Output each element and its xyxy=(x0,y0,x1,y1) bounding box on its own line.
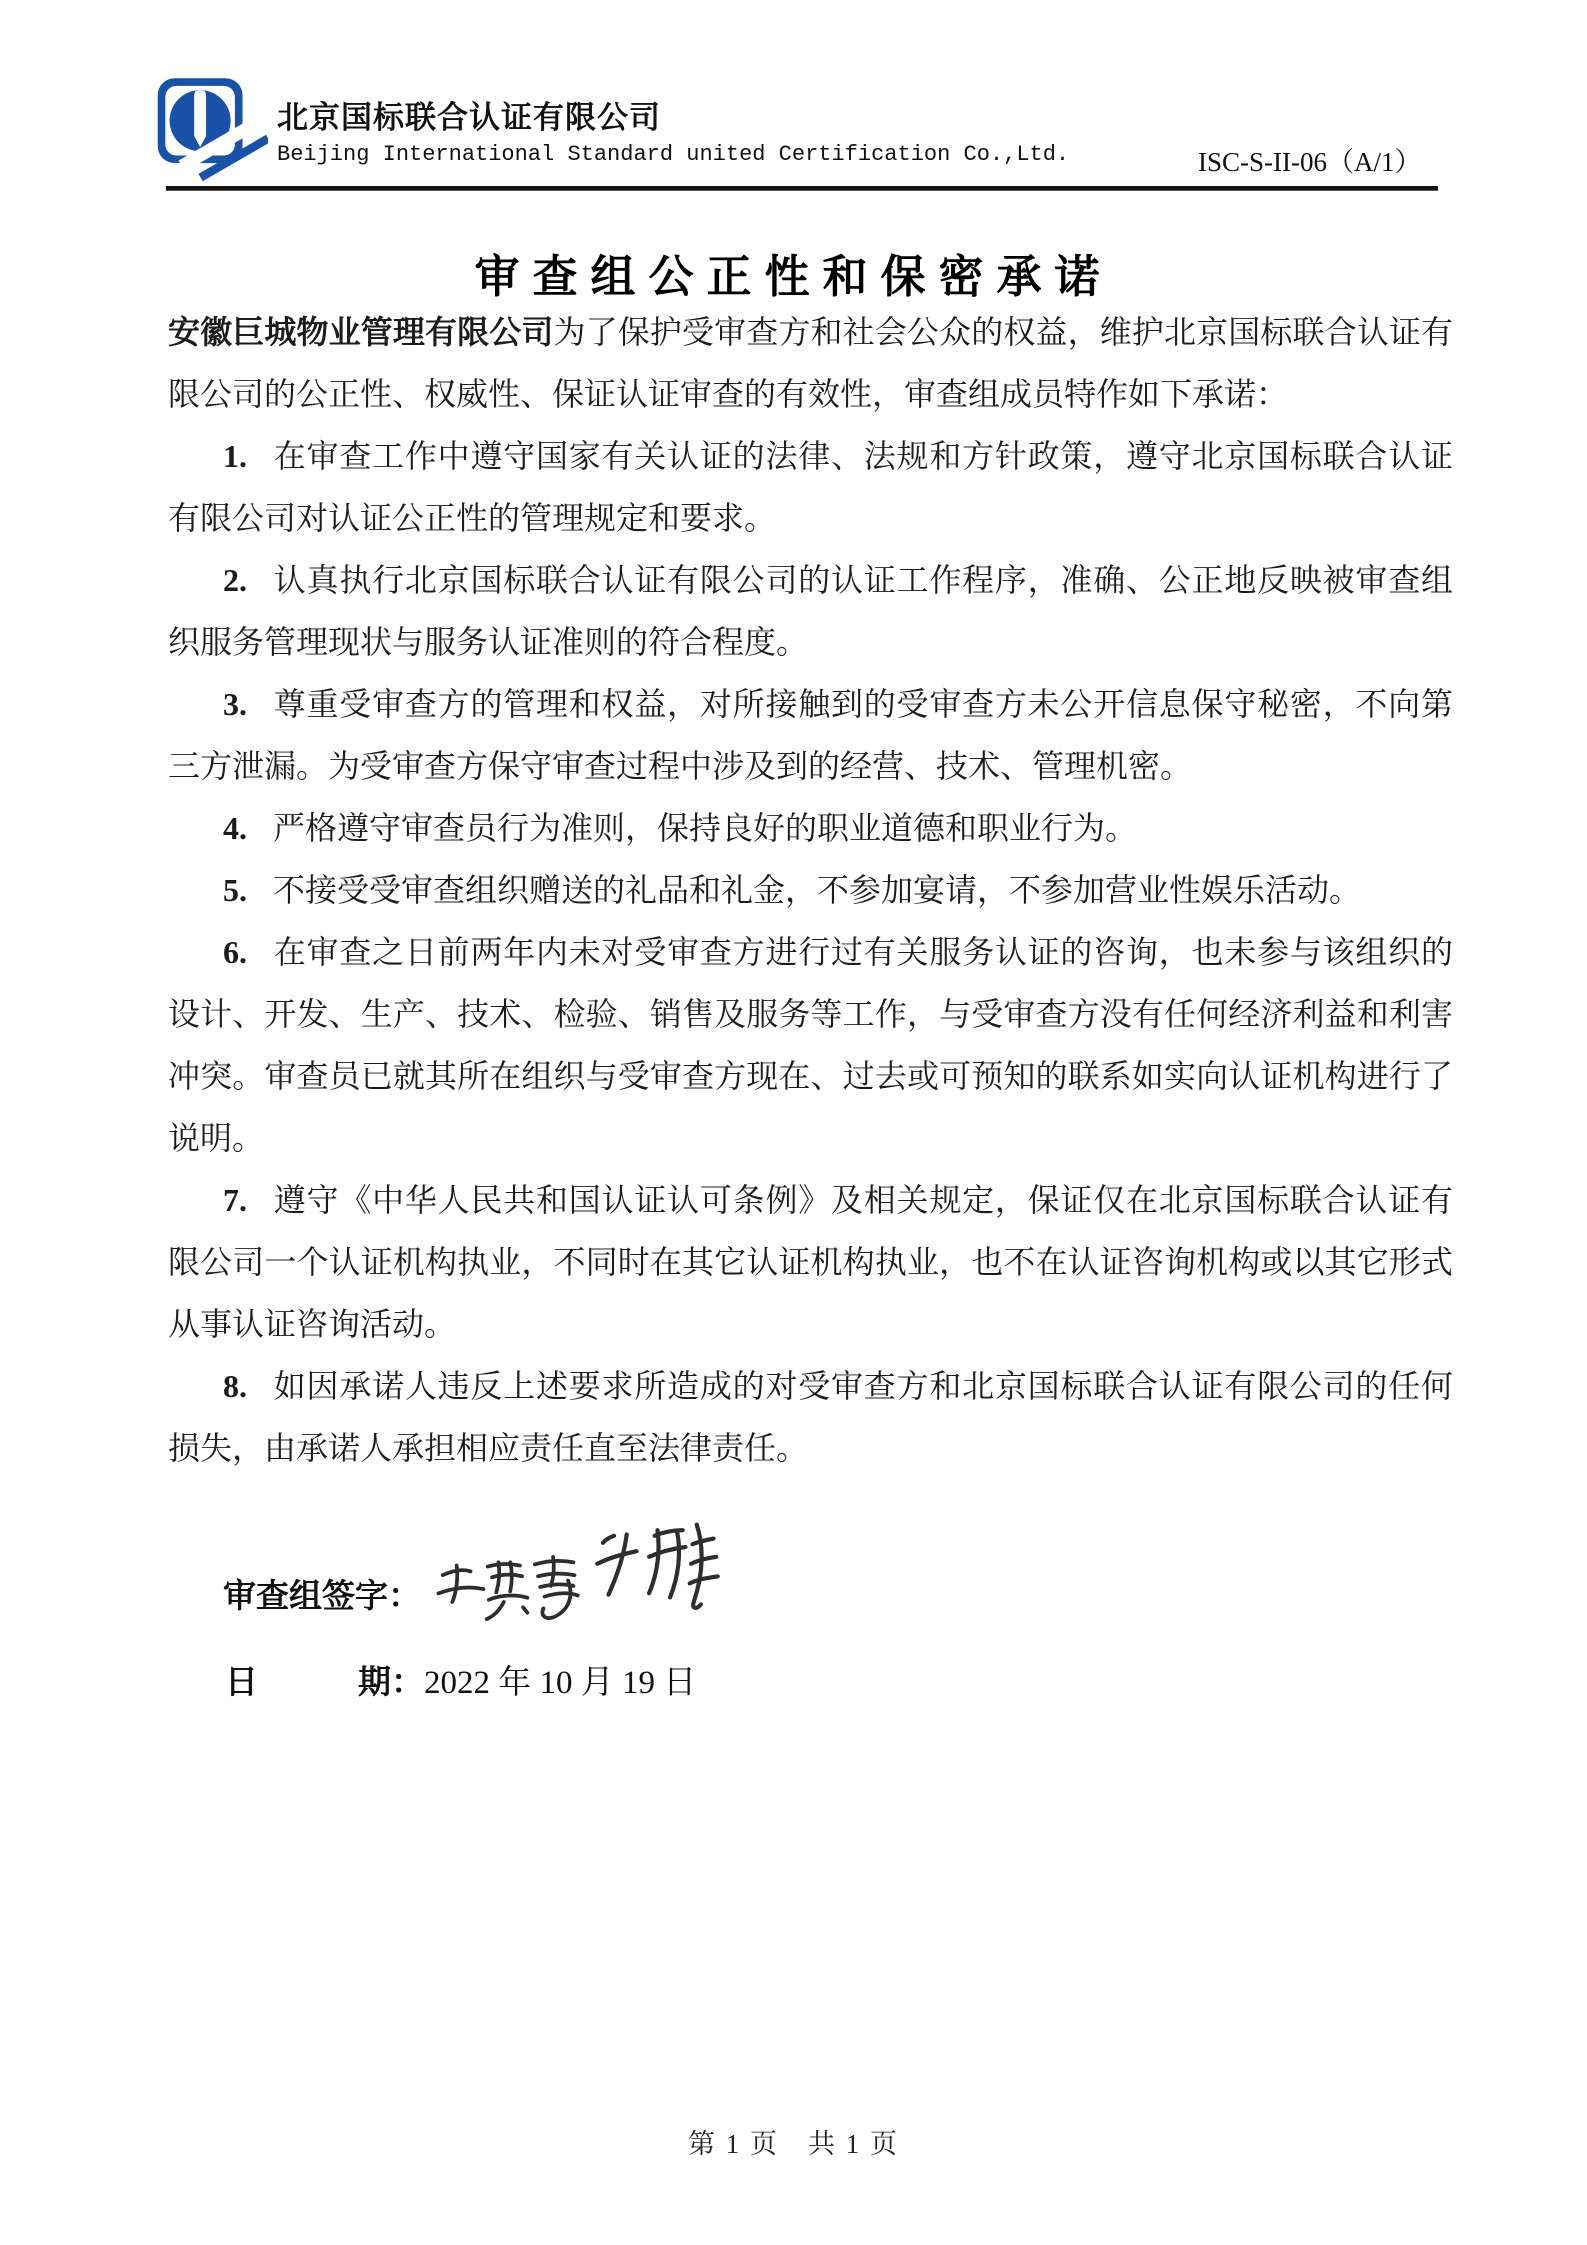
item-text: 在审查之日前两年内未对受审查方进行过有关服务认证的咨询，也未参与该组织的设计、开… xyxy=(168,934,1453,1156)
date-value: 2022 年 10 月 19 日 xyxy=(424,1665,696,1701)
item-number: 7. xyxy=(223,1182,247,1218)
commitment-item-1: 1.在审查工作中遵守国家有关认证的法律、法规和方针政策，遵守北京国标联合认证有限… xyxy=(168,425,1453,549)
company-name-cn: 北京国标联合认证有限公司 xyxy=(277,92,661,137)
intro-paragraph: 安徽巨城物业管理有限公司为了保护受审查方和社会公众的权益，维护北京国标联合认证有… xyxy=(168,301,1453,425)
commitment-item-6: 6.在审查之日前两年内未对受审查方进行过有关服务认证的咨询，也未参与该组织的设计… xyxy=(168,921,1453,1169)
item-number: 4. xyxy=(223,810,247,846)
document-body: 安徽巨城物业管理有限公司为了保护受审查方和社会公众的权益，维护北京国标联合认证有… xyxy=(168,301,1453,1479)
commitment-item-2: 2.认真执行北京国标联合认证有限公司的认证工作程序，准确、公正地反映被审查组织服… xyxy=(168,549,1453,673)
header-divider xyxy=(166,186,1438,191)
item-number: 5. xyxy=(223,872,247,908)
company-logo-icon xyxy=(156,70,268,195)
item-number: 3. xyxy=(223,686,247,722)
item-text: 认真执行北京国标联合认证有限公司的认证工作程序，准确、公正地反映被审查组织服务管… xyxy=(168,562,1453,660)
commitment-item-4: 4.严格遵守审查员行为准则，保持良好的职业道德和职业行为。 xyxy=(168,797,1453,859)
page-title: 审查组公正性和保密承诺 xyxy=(0,240,1587,305)
item-number: 1. xyxy=(223,438,247,474)
document-code: ISC-S-II-06（A/1） xyxy=(1198,140,1422,179)
commitment-item-3: 3.尊重受审查方的管理和权益，对所接触到的受审查方未公开信息保守秘密，不向第三方… xyxy=(168,673,1453,797)
signature-label: 审查组签字： xyxy=(223,1570,421,1617)
date-line: 日期：2022 年 10 月 19 日 xyxy=(225,1656,696,1703)
item-number: 8. xyxy=(223,1368,247,1404)
page-number: 第 1 页 共 1 页 xyxy=(0,2122,1587,2161)
commitment-item-5: 5.不接受受审查组织赠送的礼品和礼金，不参加宴请，不参加营业性娱乐活动。 xyxy=(168,859,1453,921)
item-text: 遵守《中华人民共和国认证认可条例》及相关规定，保证仅在北京国标联合认证有限公司一… xyxy=(168,1182,1453,1342)
date-label-day: 日 xyxy=(225,1665,258,1701)
handwritten-signature-1 xyxy=(432,1540,582,1640)
audited-company-name: 安徽巨城物业管理有限公司 xyxy=(168,314,554,350)
item-number: 2. xyxy=(223,562,247,598)
commitment-item-8: 8.如因承诺人违反上述要求所造成的对受审查方和北京国标联合认证有限公司的任何损失… xyxy=(168,1355,1453,1479)
document-page: 北京国标联合认证有限公司 Beijing International Stand… xyxy=(0,0,1587,2245)
commitment-item-7: 7.遵守《中华人民共和国认证认可条例》及相关规定，保证仅在北京国标联合认证有限公… xyxy=(168,1169,1453,1355)
item-text: 不接受受审查组织赠送的礼品和礼金，不参加宴请，不参加营业性娱乐活动。 xyxy=(273,872,1361,908)
handwritten-signature-2 xyxy=(585,1512,730,1629)
date-label: 期： xyxy=(358,1665,424,1701)
item-text: 严格遵守审查员行为准则，保持良好的职业道德和职业行为。 xyxy=(273,810,1137,846)
item-text: 尊重受审查方的管理和权益，对所接触到的受审查方未公开信息保守秘密，不向第三方泄漏… xyxy=(168,686,1453,784)
item-text: 如因承诺人违反上述要求所造成的对受审查方和北京国标联合认证有限公司的任何损失，由… xyxy=(168,1368,1453,1466)
item-number: 6. xyxy=(223,934,247,970)
company-name-en: Beijing International Standard united Ce… xyxy=(277,142,1069,167)
item-text: 在审查工作中遵守国家有关认证的法律、法规和方针政策，遵守北京国标联合认证有限公司… xyxy=(168,438,1453,536)
